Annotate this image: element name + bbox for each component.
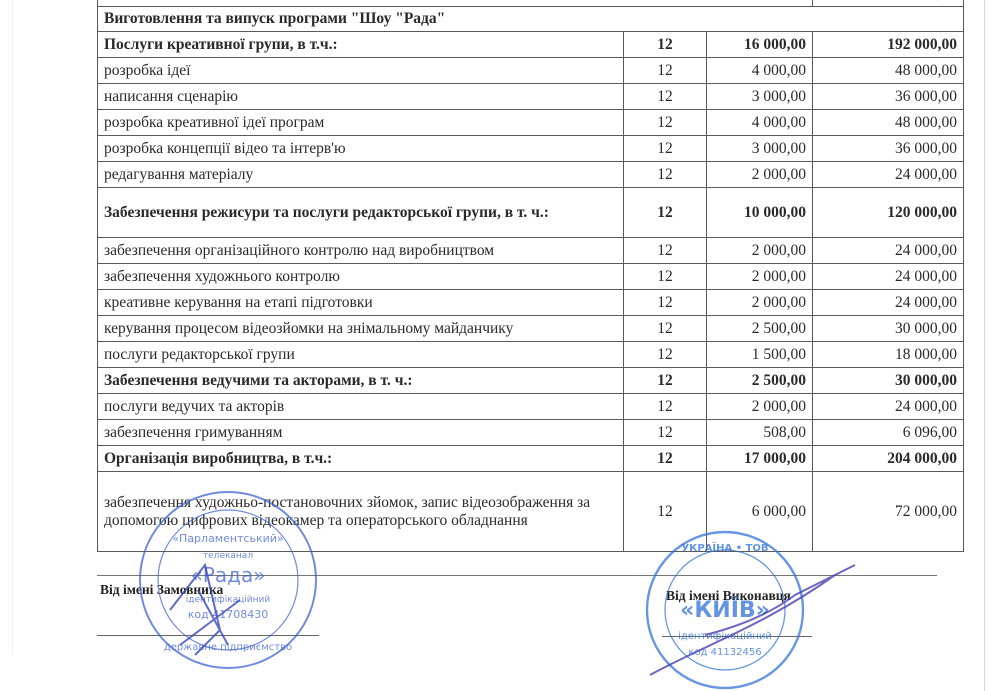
table-row: редагування матеріалу122 000,0024 000,00 (98, 162, 964, 188)
item-quantity: 12 (624, 162, 707, 188)
item-price: 2 000,00 (707, 394, 813, 420)
table-row: забезпечення організаційного контролю на… (98, 238, 964, 264)
item-name: послуги ведучих та акторів (98, 394, 624, 420)
item-quantity: 12 (624, 446, 707, 472)
item-name: забезпечення організаційного контролю на… (98, 238, 624, 264)
table-row: послуги редакторської групи121 500,0018 … (98, 342, 964, 368)
item-name: розробка креативної ідеї програм (98, 110, 624, 136)
item-name: послуги редакторської групи (98, 342, 624, 368)
item-price: 6 000,00 (707, 472, 813, 552)
table-row: забезпечення художнього контролю122 000,… (98, 264, 964, 290)
svg-text:код 41708430: код 41708430 (188, 608, 268, 621)
contractor-signature-line (662, 636, 812, 637)
table-row: написання сценарію123 000,0036 000,00 (98, 84, 964, 110)
item-quantity: 12 (624, 342, 707, 368)
item-total: 120 000,00 (813, 188, 964, 238)
item-name: редагування матеріалу (98, 162, 624, 188)
table-row: керування процесом відеозйомки на знімал… (98, 316, 964, 342)
item-total: 72 000,00 (813, 472, 964, 552)
item-name: Організація виробництва, в т.ч.: (98, 446, 624, 472)
item-total: 24 000,00 (813, 264, 964, 290)
item-quantity: 12 (624, 420, 707, 446)
item-total: 30 000,00 (813, 316, 964, 342)
previous-total-value: 852 900,00 (888, 0, 956, 3)
item-total: 48 000,00 (813, 58, 964, 84)
svg-text:державне підприємство: державне підприємство (164, 641, 292, 653)
subtotal-row: Забезпечення ведучими та акторами, в т. … (98, 368, 964, 394)
svg-text:код 41132456: код 41132456 (688, 647, 761, 658)
item-price: 2 000,00 (707, 238, 813, 264)
item-name: креативне керування на етапі підготовки (98, 290, 624, 316)
item-price: 4 000,00 (707, 58, 813, 84)
item-total: 36 000,00 (813, 136, 964, 162)
item-total: 30 000,00 (813, 368, 964, 394)
subtotal-row: Організація виробництва, в т.ч.:1217 000… (98, 446, 964, 472)
item-quantity: 12 (624, 238, 707, 264)
item-total: 48 000,00 (813, 110, 964, 136)
subtotal-row: Послуги креативної групи, в т.ч.:1216 00… (98, 32, 964, 58)
estimate-table: Виготовлення та випуск програми "Шоу "Ра… (97, 6, 964, 552)
item-quantity: 12 (624, 368, 707, 394)
contractor-signature-label: Від імені Виконавця (666, 588, 791, 604)
section-title: Виготовлення та випуск програми "Шоу "Ра… (98, 7, 964, 32)
item-quantity: 12 (624, 84, 707, 110)
item-total: 24 000,00 (813, 162, 964, 188)
customer-signature-line (97, 635, 319, 636)
signature-divider (97, 575, 937, 576)
item-price: 2 000,00 (707, 264, 813, 290)
item-total: 192 000,00 (813, 32, 964, 58)
item-name: Послуги креативної групи, в т.ч.: (98, 32, 624, 58)
item-price: 10 000,00 (707, 188, 813, 238)
item-quantity: 12 (624, 188, 707, 238)
item-total: 36 000,00 (813, 84, 964, 110)
page-edge-left (12, 0, 13, 655)
item-quantity: 12 (624, 394, 707, 420)
item-total: 204 000,00 (813, 446, 964, 472)
item-quantity: 12 (624, 58, 707, 84)
table-row: креативне керування на етапі підготовки1… (98, 290, 964, 316)
item-name: забезпечення художнього контролю (98, 264, 624, 290)
item-name: Забезпечення режисури та послуги редакто… (98, 188, 624, 238)
item-total: 24 000,00 (813, 290, 964, 316)
table-row: забезпечення гримуванням12508,006 096,00 (98, 420, 964, 446)
item-quantity: 12 (624, 316, 707, 342)
item-price: 16 000,00 (707, 32, 813, 58)
item-quantity: 12 (624, 110, 707, 136)
table-row: розробка концепції відео та інтерв'ю123 … (98, 136, 964, 162)
item-total: 24 000,00 (813, 394, 964, 420)
table-row: послуги ведучих та акторів122 000,0024 0… (98, 394, 964, 420)
item-name: Забезпечення ведучими та акторами, в т. … (98, 368, 624, 394)
item-total: 18 000,00 (813, 342, 964, 368)
item-price: 3 000,00 (707, 136, 813, 162)
item-name: розробка ідеї (98, 58, 624, 84)
section-title-row: Виготовлення та випуск програми "Шоу "Ра… (98, 7, 964, 32)
item-quantity: 12 (624, 290, 707, 316)
item-total: 24 000,00 (813, 238, 964, 264)
item-name: розробка концепції відео та інтерв'ю (98, 136, 624, 162)
item-price: 2 500,00 (707, 316, 813, 342)
item-name: написання сценарію (98, 84, 624, 110)
item-name: забезпечення гримуванням (98, 420, 624, 446)
item-price: 2 000,00 (707, 162, 813, 188)
customer-signature-label: Від імені Замовника (100, 582, 223, 598)
item-total: 6 096,00 (813, 420, 964, 446)
item-name: забезпечення художньо-постановочних зйом… (98, 472, 624, 552)
table-row: забезпечення художньо-постановочних зйом… (98, 472, 964, 552)
item-quantity: 12 (624, 264, 707, 290)
item-quantity: 12 (624, 136, 707, 162)
subtotal-row: Забезпечення режисури та послуги редакто… (98, 188, 964, 238)
item-name: керування процесом відеозйомки на знімал… (98, 316, 624, 342)
table-row: розробка ідеї124 000,0048 000,00 (98, 58, 964, 84)
item-price: 4 000,00 (707, 110, 813, 136)
item-price: 17 000,00 (707, 446, 813, 472)
table-row: розробка креативної ідеї програм124 000,… (98, 110, 964, 136)
item-quantity: 12 (624, 472, 707, 552)
svg-text:телеканал: телеканал (203, 551, 253, 561)
item-price: 508,00 (707, 420, 813, 446)
page-edge-right (984, 0, 985, 691)
item-price: 2 000,00 (707, 290, 813, 316)
item-price: 1 500,00 (707, 342, 813, 368)
item-quantity: 12 (624, 32, 707, 58)
item-price: 3 000,00 (707, 84, 813, 110)
item-price: 2 500,00 (707, 368, 813, 394)
